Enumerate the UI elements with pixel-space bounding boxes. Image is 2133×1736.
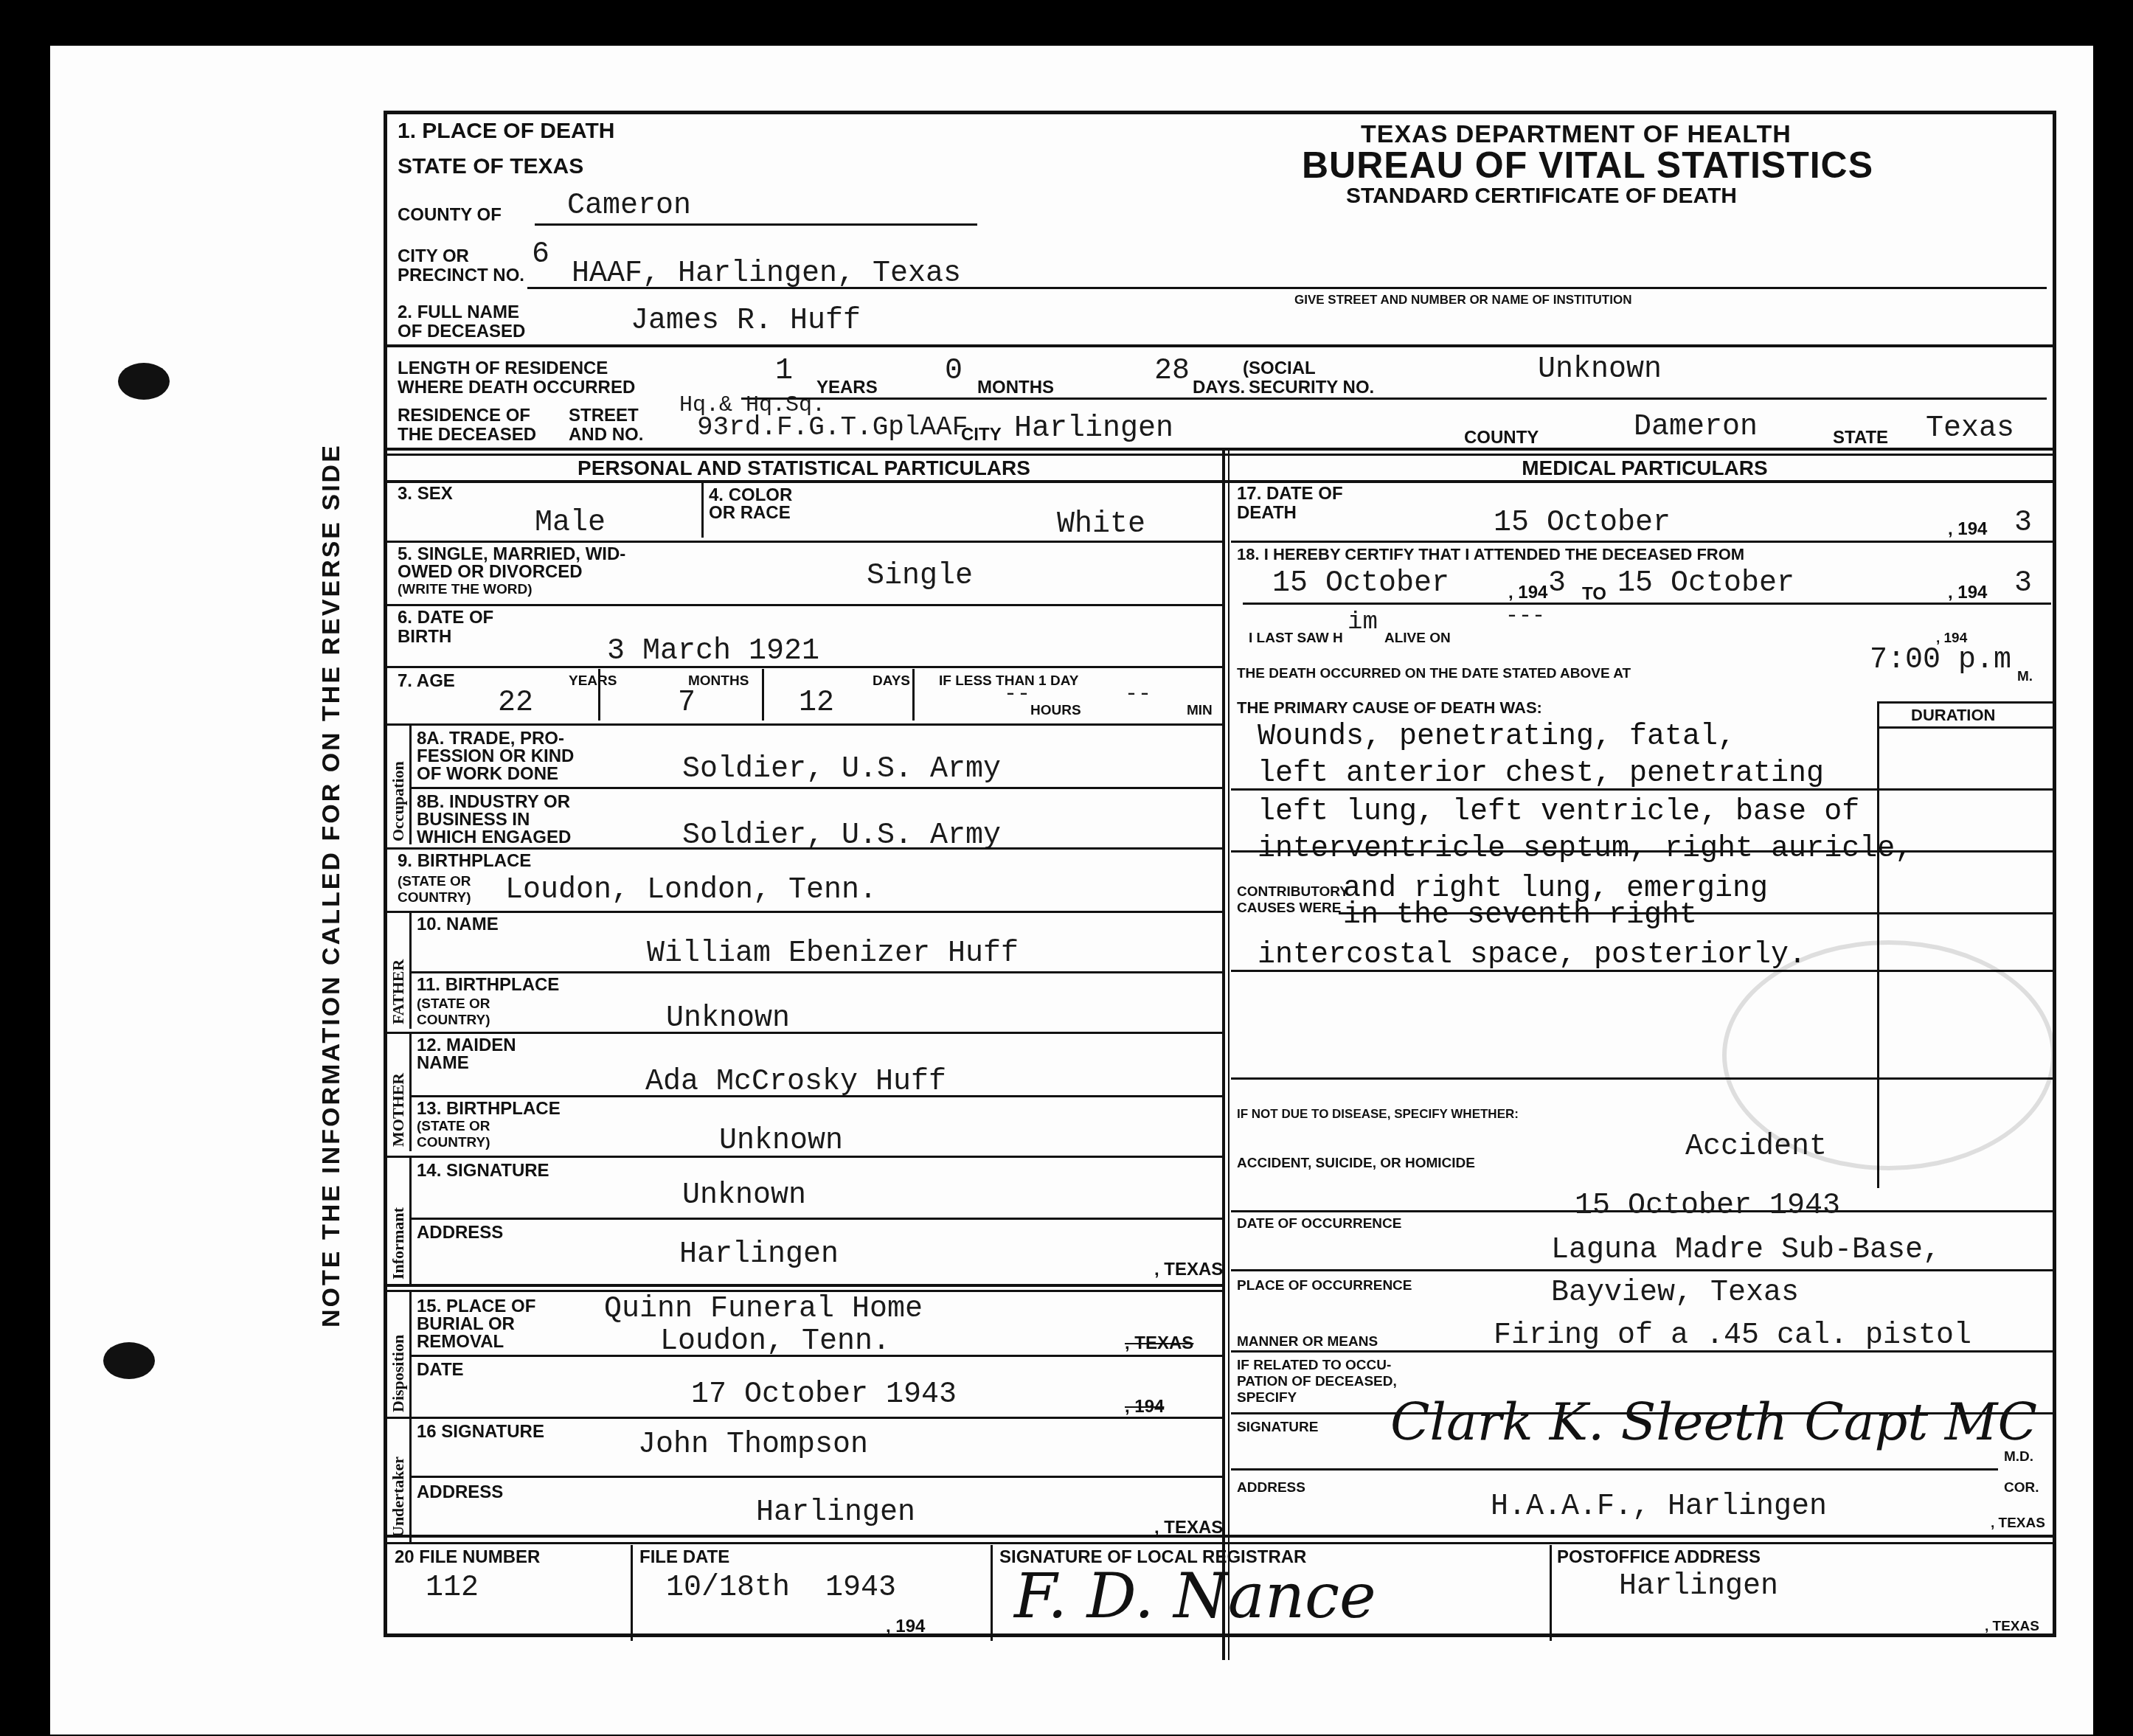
- trade-label-3: OF WORK DONE: [417, 765, 558, 784]
- divider: [387, 344, 2054, 347]
- reverse-side-note: NOTE THE INFORMATION CALLED FOR ON THE R…: [317, 443, 346, 1327]
- dod-year-prefix: , 194: [1948, 520, 1987, 539]
- residence-state: Texas: [1926, 412, 2014, 445]
- divider: [387, 448, 2054, 451]
- birthplace-label-3: COUNTRY): [398, 890, 471, 906]
- dod-year-digit: 3: [2014, 507, 2032, 540]
- file-year-suffix: , 194: [886, 1617, 925, 1636]
- dob-label-1: 6. DATE OF: [398, 608, 493, 628]
- divider: [912, 669, 915, 721]
- cause-line: intercostal space, posteriorly.: [1258, 939, 1806, 972]
- dod-label-1: 17. DATE OF: [1237, 485, 1343, 504]
- divider: [1231, 1468, 1998, 1471]
- dod-value: 15 October: [1494, 507, 1671, 540]
- days-label: DAYS.: [1193, 378, 1245, 397]
- mother-birthplace-label-2: (STATE OR: [417, 1119, 490, 1134]
- age-months-value: 7: [678, 687, 696, 720]
- divider: [387, 1417, 1222, 1419]
- undertaker-side-label: Undertaker: [389, 1456, 408, 1538]
- marital-label-3: (WRITE THE WORD): [398, 582, 533, 597]
- informant-side-label: Informant: [389, 1207, 408, 1280]
- texas-suffix-struck: , TEXAS: [1125, 1334, 1193, 1353]
- texas-suffix: , TEXAS: [1991, 1515, 2045, 1531]
- divider: [387, 666, 1222, 668]
- divider: [387, 1284, 1222, 1287]
- divider: [1231, 541, 2054, 543]
- father-name-value: William Ebenizer Huff: [647, 937, 1019, 971]
- occurrence-date-value: 15 October 1943: [1575, 1190, 1840, 1223]
- city-value: HAAF, Harlingen, Texas: [572, 257, 961, 291]
- certify-label: 18. I HEREBY CERTIFY THAT I ATTENDED THE…: [1237, 546, 1744, 562]
- institution-hint: GIVE STREET AND NUMBER OR NAME OF INSTIT…: [1294, 293, 1631, 307]
- divider: [387, 847, 1222, 850]
- residence-county-label: COUNTY: [1464, 428, 1539, 448]
- trade-value: Soldier, U.S. Army: [682, 753, 1001, 786]
- mother-side-label: MOTHER: [389, 1073, 408, 1147]
- age-label: 7. AGE: [398, 672, 455, 691]
- primary-cause-label: THE PRIMARY CAUSE OF DEATH WAS:: [1237, 700, 1542, 715]
- m-suffix: M.: [2017, 669, 2033, 684]
- informant-address-value: Harlingen: [679, 1238, 839, 1271]
- residence-county: Dameron: [1634, 411, 1758, 444]
- divider: [387, 1542, 2054, 1544]
- divider: [991, 1545, 993, 1641]
- means-value: Firing of a .45 cal. pistol: [1494, 1319, 1971, 1353]
- father-birthplace-label-1: 11. BIRTHPLACE: [417, 976, 559, 995]
- informant-address-label: ADDRESS: [417, 1223, 503, 1243]
- residence-years: 1: [775, 355, 793, 388]
- undertaker-address-label: ADDRESS: [417, 1483, 503, 1502]
- occupation-side-label: Occupation: [389, 761, 408, 841]
- death-time-value: 7:00 p.m: [1870, 644, 2011, 677]
- county-value: Cameron: [567, 190, 691, 223]
- street-label-2: AND NO.: [569, 426, 643, 445]
- divider: [387, 1156, 1222, 1158]
- years-label: YEARS: [816, 378, 878, 397]
- precinct-value: 6: [532, 238, 549, 271]
- age-days-value: 12: [799, 687, 834, 720]
- divider: [527, 287, 2047, 289]
- file-number-value: 112: [426, 1572, 479, 1605]
- attended-to-year: 3: [2014, 567, 2032, 600]
- cause-line: Wounds, penetrating, fatal,: [1258, 721, 1735, 754]
- alive-on-value: ---: [1505, 604, 1545, 629]
- min-label: MIN: [1187, 703, 1213, 718]
- divider: [1877, 701, 2054, 704]
- file-date-value: 10/18th 1943: [666, 1572, 896, 1605]
- father-birthplace-value: Unknown: [666, 1002, 790, 1035]
- street-label-1: STREET: [569, 406, 639, 426]
- divider: [387, 1290, 1222, 1292]
- divider: [762, 669, 764, 721]
- divider: [701, 483, 704, 538]
- city-label: CITY: [961, 426, 1002, 445]
- year-prefix: , 194: [1948, 583, 1987, 603]
- divider: [387, 541, 1222, 543]
- mother-birthplace-label-3: COUNTRY): [417, 1135, 490, 1150]
- age-years-label: YEARS: [569, 673, 617, 689]
- contributory-label-1: CONTRIBUTORY: [1237, 884, 1349, 900]
- residence-length-label-2: WHERE DEATH OCCURRED: [398, 378, 635, 397]
- burial-place-line-1: Quinn Funeral Home: [604, 1293, 923, 1326]
- postoffice-value: Harlingen: [1619, 1570, 1778, 1603]
- burial-place-line-2: Loudon, Tenn.: [660, 1325, 890, 1358]
- column-divider: [1228, 451, 1229, 1660]
- undertaker-signature-value: John Thompson: [638, 1428, 868, 1462]
- burial-label-3: REMOVAL: [417, 1333, 504, 1352]
- race-label-2: OR RACE: [709, 504, 791, 523]
- mother-birthplace-label-1: 13. BIRTHPLACE: [417, 1100, 561, 1119]
- physician-signature: Clark K. Sleeth Capt MC: [1390, 1392, 2037, 1452]
- attended-to-value: 15 October: [1617, 567, 1794, 600]
- divider: [1550, 1545, 1552, 1641]
- burial-date-value: 17 October 1943: [691, 1378, 957, 1412]
- column-divider: [1222, 451, 1225, 1660]
- ssn-label-1: (SOCIAL: [1243, 359, 1316, 378]
- mother-birthplace-value: Unknown: [719, 1125, 843, 1158]
- attended-from-year: 3: [1548, 567, 1566, 600]
- means-label: MANNER OR MEANS: [1237, 1334, 1378, 1350]
- cause-line: left anterior chest, penetrating: [1258, 757, 1824, 791]
- to-label: TO: [1582, 585, 1606, 604]
- divider: [409, 1476, 1222, 1478]
- county-label: COUNTY OF: [398, 206, 502, 225]
- city-label-2: PRECINCT NO.: [398, 266, 524, 285]
- informant-signature-label: 14. SIGNATURE: [417, 1162, 549, 1181]
- cause-line: left lung, left ventricle, base of: [1258, 796, 1859, 829]
- divider: [409, 1355, 1222, 1357]
- hours-value: --: [1004, 682, 1030, 707]
- postoffice-label: POSTOFFICE ADDRESS: [1557, 1548, 1761, 1567]
- dob-value: 3 March 1921: [607, 635, 819, 668]
- personal-section-title: PERSONAL AND STATISTICAL PARTICULARS: [387, 456, 1221, 480]
- informant-signature-value: Unknown: [682, 1179, 806, 1212]
- mother-name-value: Ada McCrosky Huff: [645, 1066, 946, 1099]
- divider: [409, 1218, 1222, 1220]
- residence-state-label: STATE: [1833, 428, 1888, 448]
- residence-length-label-1: LENGTH OF RESIDENCE: [398, 359, 608, 378]
- hours-label: HOURS: [1030, 703, 1081, 718]
- street-value-2: 93rd.F.G.T.GplAAF: [697, 412, 968, 442]
- alive-on-label: ALIVE ON: [1384, 631, 1451, 646]
- divider: [409, 1291, 412, 1417]
- divider: [409, 911, 412, 1029]
- divider: [387, 723, 1222, 726]
- cause-line: interventricle septum, right auricle,: [1258, 833, 1912, 866]
- age-years-value: 22: [498, 687, 533, 720]
- city-label-1: CITY OR: [398, 247, 469, 266]
- occurrence-date-label: DATE OF OCCURRENCE: [1237, 1216, 1401, 1232]
- birthplace-label-1: 9. BIRTHPLACE: [398, 852, 531, 871]
- divider: [387, 911, 1222, 913]
- divider: [535, 223, 977, 226]
- manner-value: Accident: [1685, 1131, 1827, 1164]
- last-saw-label: I LAST SAW H: [1249, 631, 1343, 646]
- divider: [387, 604, 1222, 606]
- undertaker-address-value: Harlingen: [756, 1496, 915, 1530]
- texas-suffix: , TEXAS: [1985, 1619, 2039, 1634]
- occurrence-place-label: PLACE OF OCCURRENCE: [1237, 1278, 1412, 1294]
- divider: [387, 454, 2054, 456]
- divider: [1243, 603, 2051, 605]
- birthplace-value: Loudon, London, Tenn.: [505, 874, 877, 907]
- divider: [409, 1032, 412, 1151]
- manner-label: ACCIDENT, SUICIDE, OR HOMICIDE: [1237, 1156, 1475, 1171]
- ssn-label-2: SECURITY NO.: [1249, 378, 1374, 397]
- texas-suffix: , TEXAS: [1154, 1260, 1223, 1280]
- file-date-label: FILE DATE: [639, 1548, 729, 1567]
- attended-from-value: 15 October: [1272, 567, 1449, 600]
- divider: [409, 723, 412, 844]
- divider: [409, 1095, 1222, 1097]
- ssn-value: Unknown: [1538, 353, 1662, 386]
- physician-address-label: ADDRESS: [1237, 1480, 1305, 1496]
- md-label: M.D.: [2004, 1449, 2033, 1465]
- divider: [1231, 1350, 2054, 1353]
- marital-value: Single: [867, 560, 973, 593]
- residence-label-2: THE DECEASED: [398, 426, 536, 445]
- divider: [387, 480, 2054, 483]
- sex-label: 3. SEX: [398, 485, 453, 504]
- medical-section-title: MEDICAL PARTICULARS: [1235, 456, 2054, 480]
- bureau-title: BUREAU OF VITAL STATISTICS: [1302, 144, 1873, 187]
- dob-label-2: BIRTH: [398, 628, 451, 647]
- industry-label-3: WHICH ENGAGED: [417, 828, 571, 847]
- age-months-label: MONTHS: [688, 673, 749, 689]
- occupation-related-label-2: PATION OF DECEASED,: [1237, 1374, 1397, 1389]
- occupation-related-label-1: IF RELATED TO OCCU-: [1237, 1358, 1391, 1373]
- divider: [741, 397, 2047, 400]
- form-title: STANDARD CERTIFICATE OF DEATH: [1346, 184, 1737, 209]
- year-prefix: , 194: [1508, 583, 1547, 603]
- file-number-label: 20 FILE NUMBER: [395, 1548, 540, 1567]
- min-value: --: [1125, 682, 1151, 707]
- divider: [1231, 788, 2054, 791]
- physician-signature-label: SIGNATURE: [1237, 1420, 1318, 1435]
- full-name-label-2: OF DECEASED: [398, 322, 525, 341]
- death-certificate-form: 1. PLACE OF DEATH STATE OF TEXAS TEXAS D…: [384, 111, 2056, 1637]
- birthplace-label-2: (STATE OR: [398, 874, 471, 889]
- place-of-death-label: 1. PLACE OF DEATH: [398, 122, 614, 141]
- divider: [409, 1417, 412, 1542]
- father-birthplace-label-3: COUNTRY): [417, 1013, 490, 1028]
- race-value: White: [1057, 508, 1145, 541]
- residence-months: 0: [945, 355, 963, 388]
- disposition-side-label: Disposition: [389, 1335, 408, 1412]
- occurrence-place-line-1: Laguna Madre Sub-Base,: [1551, 1234, 1940, 1267]
- physician-address-value: H.A.A.F., Harlingen: [1491, 1490, 1827, 1524]
- full-name-value: James R. Huff: [631, 305, 861, 338]
- divider: [409, 787, 1222, 789]
- punch-hole: [118, 363, 170, 400]
- residence-label-1: RESIDENCE OF: [398, 406, 530, 426]
- father-name-label: 10. NAME: [417, 915, 499, 934]
- undertaker-signature-label: 16 SIGNATURE: [417, 1423, 544, 1442]
- divider: [631, 1545, 633, 1641]
- contributory-label-2: CAUSES WERE: [1237, 900, 1341, 916]
- father-birthplace-label-2: (STATE OR: [417, 996, 490, 1012]
- occurrence-place-line-2: Bayview, Texas: [1551, 1277, 1799, 1310]
- burial-year-suffix: , 194: [1125, 1398, 1164, 1417]
- occupation-related-label-3: SPECIFY: [1237, 1390, 1297, 1406]
- residence-city: Harlingen: [1014, 412, 1173, 445]
- divider: [387, 1535, 2054, 1538]
- father-side-label: FATHER: [389, 959, 408, 1024]
- mother-name-label-2: NAME: [417, 1054, 469, 1073]
- occurred-at-label: THE DEATH OCCURRED ON THE DATE STATED AB…: [1237, 666, 1631, 681]
- divider: [1231, 850, 2054, 853]
- state-label: STATE OF TEXAS: [398, 157, 583, 176]
- registrar-signature: F. D. Nance: [1014, 1560, 1376, 1632]
- divider: [387, 1032, 1222, 1034]
- divider: [1231, 1269, 2054, 1271]
- dod-label-2: DEATH: [1237, 504, 1297, 523]
- divider: [409, 971, 1222, 973]
- months-label: MONTHS: [977, 378, 1054, 397]
- cause-line: in the seventh right: [1343, 899, 1697, 932]
- residence-days: 28: [1154, 355, 1190, 388]
- sex-value: Male: [535, 507, 606, 540]
- divider: [598, 669, 600, 721]
- not-disease-label: IF NOT DUE TO DISEASE, SPECIFY WHETHER:: [1237, 1107, 1519, 1121]
- full-name-label-1: 2. FULL NAME: [398, 303, 519, 322]
- duration-label: DURATION: [1911, 707, 1995, 723]
- last-saw-pronoun: im: [1348, 608, 1378, 636]
- cor-label: COR.: [2004, 1480, 2039, 1496]
- divider: [1877, 726, 2054, 729]
- burial-date-label: DATE: [417, 1361, 464, 1380]
- punch-hole: [103, 1342, 155, 1379]
- divider: [409, 1156, 412, 1284]
- age-days-label: DAYS: [873, 673, 910, 689]
- marital-label-2: OWED OR DIVORCED: [398, 563, 583, 582]
